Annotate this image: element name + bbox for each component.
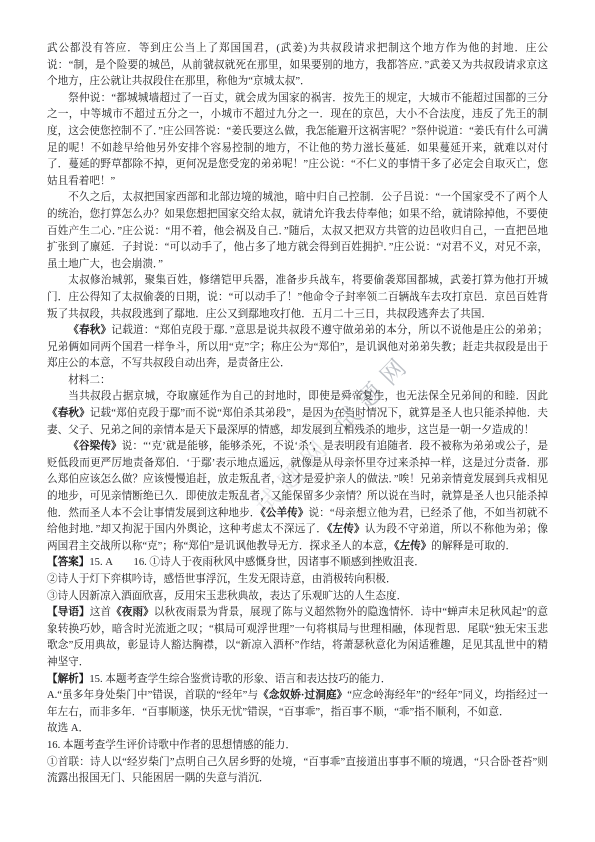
paragraph: 《谷梁传》说：“‘克’就是能够，能够杀死，不说‘杀’，是表明段有追随者．段不被称… — [47, 439, 548, 555]
document-body: 武公都没有答应．等到庄公当上了郑国国君，(武姜)为共叔段请求把制这个地方作为他的… — [47, 41, 548, 788]
paragraph: 【解析】15. 本题考查学生综合鉴赏诗歌的形象、语言和表达技巧的能力． — [47, 672, 548, 689]
paragraph: ②诗人于灯下弈棋吟诗，感悟世事浮沉，生发无限诗意，由消极转向积极． — [47, 572, 548, 589]
paragraph: ①首联：诗人以“经岁柴门”点明自己久居乡野的处境，“百事乖”直接道出事事不顺的境… — [47, 755, 548, 788]
paragraph: ③诗人因新凉入酒面欣喜，反用宋玉悲秋典故，表达了乐观旷达的人生态度． — [47, 589, 548, 606]
paragraph: 【答案】15. A 16. ①诗人于夜雨秋风中感慨身世，因诸事不顺感到挫败沮丧． — [47, 555, 548, 572]
paragraph: 武公都没有答应．等到庄公当上了郑国国君，(武姜)为共叔段请求把制这个地方作为他的… — [47, 41, 548, 91]
paragraph: A.“虽多年身处柴门中”错误，首联的“经年”与《念奴娇·过洞庭》“应念岭海经年”… — [47, 688, 548, 721]
page: 试题网 试题网 武公都没有答应．等到庄公当上了郑国国君，(武姜)为共叔段请求把制… — [0, 0, 595, 842]
paragraph: 【导语】这首《夜雨》以秋夜雨景为背景，展现了陈与义超然物外的隐逸情怀．诗中“蝉声… — [47, 605, 548, 671]
paragraph: 16. 本题考查学生评价诗歌中作者的思想情感的能力． — [47, 738, 548, 755]
paragraph: 故选 A． — [47, 721, 548, 738]
paragraph: 《春秋》记载道：“郑伯克段于鄢．”意思是说共叔段不遵守做弟弟的本分，所以不说他是… — [47, 323, 548, 373]
paragraph: 不久之后，太叔把国家西部和北部边境的城池，暗中归自己控制．公子吕说：“一个国家受… — [47, 190, 548, 273]
paragraph: 祭仲说：“都城城墙超过了一百丈，就会成为国家的祸害．按先王的规定，大城市不能超过… — [47, 91, 548, 191]
paragraph: 材料二： — [47, 373, 548, 390]
paragraph: 太叔修治城郭，聚集百姓，修缮铠甲兵器，准备步兵战车，将要偷袭郑国都城，武姜打算为… — [47, 273, 548, 323]
paragraph: 当共叔段占据京城，夺取廪延作为自己的封地时，即使是舜帝复生，也无法保全兄弟间的和… — [47, 389, 548, 439]
